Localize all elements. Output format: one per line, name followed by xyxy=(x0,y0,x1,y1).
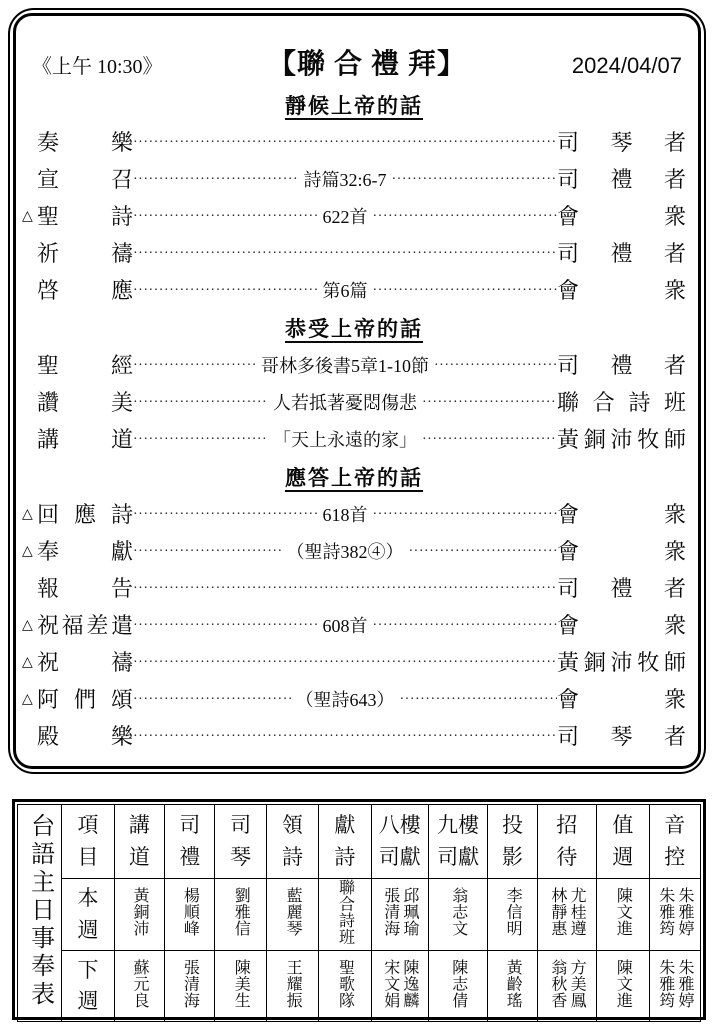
roster-column-header: 招 待 xyxy=(537,805,596,879)
dotted-leader xyxy=(345,582,557,596)
dotted-leader xyxy=(133,582,345,596)
liturgy-item: 講道 「天上永遠的家」 黃銅沛牧師 xyxy=(22,421,686,458)
triangle-marker: △ xyxy=(22,619,37,633)
service-time: 《上午 10:30》 xyxy=(32,50,202,79)
liturgy-item-label: 聖經 xyxy=(37,355,133,377)
liturgy-item-role: 會衆 xyxy=(557,689,686,711)
roster-row-label: 本 週 xyxy=(62,879,114,951)
roster-row-next-week: 下 週 蘇元良 張清海 陳美生 王耀振 聖歌隊 陳逸麟 宋文娟 陳志倩 黃齡瑤 … xyxy=(18,951,701,1022)
liturgy-item-role: 司禮者 xyxy=(557,243,686,265)
roster-cell: 李信明 xyxy=(488,879,537,951)
liturgy-item-detail: 人若抵著憂悶傷悲 xyxy=(268,394,422,412)
liturgy-item-label: 祈禱 xyxy=(37,243,133,265)
liturgy-item-label: 阿們頌 xyxy=(37,689,133,711)
roster-cell: 蘇元良 xyxy=(114,951,164,1022)
liturgy-item-detail: （聖詩643） xyxy=(291,691,400,709)
liturgy-item: △ 阿們頌 （聖詩643） 會衆 xyxy=(22,681,686,718)
liturgy-item: 報告 司禮者 xyxy=(22,570,686,607)
dotted-leader xyxy=(133,396,268,410)
liturgy-item-detail: 詩篇32:6-7 xyxy=(299,171,392,189)
roster-column-header: 音 控 xyxy=(649,805,700,879)
liturgy-item-role: 聯合詩班 xyxy=(557,392,686,414)
dotted-leader xyxy=(392,173,558,187)
roster-cell: 方美鳳 翁秋香 xyxy=(537,951,596,1022)
liturgy-item-label: 讚美 xyxy=(37,392,133,414)
liturgy-item: △ 聖詩 622首 會衆 xyxy=(22,198,686,235)
liturgy-item: △ 奉獻 （聖詩382④） 會衆 xyxy=(22,533,686,570)
dotted-leader xyxy=(133,210,318,224)
roster-cell: 朱雅婷 朱雅筠 xyxy=(649,951,700,1022)
roster-column-header: 領 詩 xyxy=(266,805,318,879)
dotted-leader xyxy=(133,433,268,447)
dotted-leader xyxy=(133,693,291,707)
roster-column-header: 司 禮 xyxy=(165,805,215,879)
roster-cell: 陳逸麟 宋文娟 xyxy=(371,951,428,1022)
liturgy-item: △ 回應詩 618首 會衆 xyxy=(22,496,686,533)
liturgy-item-label: 回應詩 xyxy=(37,504,133,526)
dotted-leader xyxy=(345,730,557,744)
liturgy-item: 奏樂 司琴者 xyxy=(22,124,686,161)
roster-cell: 劉雅信 xyxy=(215,879,266,951)
roster-column-header: 投 影 xyxy=(488,805,537,879)
liturgy-item-role: 會衆 xyxy=(557,615,686,637)
dotted-leader xyxy=(133,247,345,261)
dotted-leader xyxy=(422,396,557,410)
liturgy-item-role: 會衆 xyxy=(557,280,686,302)
liturgy-item-detail: 哥林多後書5章1-10節 xyxy=(256,357,434,375)
program-header: 《上午 10:30》 【聯 合 禮 拜】 2024/04/07 xyxy=(32,42,682,82)
triangle-marker: △ xyxy=(22,656,37,670)
section-heading-receiving: 恭受上帝的話 xyxy=(22,309,686,347)
roster-column-header: 八樓 司獻 xyxy=(371,805,428,879)
liturgy-item-role: 黃銅沛牧師 xyxy=(557,429,686,451)
liturgy-item: 殿樂 司琴者 xyxy=(22,718,686,755)
liturgy-item: 聖經 哥林多後書5章1-10節 司禮者 xyxy=(22,347,686,384)
roster-table: 台語主日事奉表 項 目 講 道 司 禮 司 琴 領 詩 獻 詩 八樓 司獻 九樓… xyxy=(17,804,701,1022)
roster-column-header: 值 週 xyxy=(597,805,649,879)
roster-cell: 藍麗琴 xyxy=(266,879,318,951)
triangle-marker: △ xyxy=(22,693,37,707)
dotted-leader xyxy=(422,433,557,447)
roster-cell: 陳文進 xyxy=(597,879,649,951)
roster-cell: 黃齡瑤 xyxy=(488,951,537,1022)
triangle-marker: △ xyxy=(22,545,37,559)
dotted-leader xyxy=(400,693,558,707)
roster-cell: 張清海 xyxy=(165,951,215,1022)
liturgy-item-detail: 「天上永遠的家」 xyxy=(268,431,422,449)
section-heading-responding: 應答上帝的話 xyxy=(22,458,686,496)
liturgy-item-detail: 第6篇 xyxy=(318,282,373,300)
roster-column-header: 司 琴 xyxy=(215,805,266,879)
triangle-marker: △ xyxy=(22,210,37,224)
dotted-leader xyxy=(133,136,345,150)
liturgy-item-role: 會衆 xyxy=(557,206,686,228)
roster-cell: 邱珮瑜 張清海 xyxy=(371,879,428,951)
roster-cell: 翁志文 xyxy=(428,879,487,951)
liturgy-item: 宣召 詩篇32:6-7 司禮者 xyxy=(22,161,686,198)
roster-cell: 楊順峰 xyxy=(165,879,215,951)
liturgy-item: △ 祝福差遣 608首 會衆 xyxy=(22,607,686,644)
roster-title-cell: 台語主日事奉表 xyxy=(18,805,62,1022)
liturgy-item-role: 司禮者 xyxy=(557,578,686,600)
liturgy-item-role: 黃銅沛牧師 xyxy=(557,652,686,674)
liturgy-item-detail: （聖詩382④） xyxy=(282,543,409,561)
liturgy-item-label: 報告 xyxy=(37,578,133,600)
liturgy-item-label: 奏樂 xyxy=(37,132,133,154)
liturgy-item: △ 祝禱 黃銅沛牧師 xyxy=(22,644,686,681)
roster-row-this-week: 本 週 黃銅沛 楊順峰 劉雅信 藍麗琴 聯合詩班 邱珮瑜 張清海 翁志文 李信明… xyxy=(18,879,701,951)
roster-column-header: 項 目 xyxy=(62,805,114,879)
service-date: 2024/04/07 xyxy=(532,53,682,79)
dotted-leader xyxy=(373,284,558,298)
liturgy-item-label: 啓應 xyxy=(37,280,133,302)
roster-column-header: 九樓 司獻 xyxy=(428,805,487,879)
roster-cell: 王耀振 xyxy=(266,951,318,1022)
dotted-leader xyxy=(373,210,558,224)
dotted-leader xyxy=(133,619,318,633)
roster-cell: 聯合詩班 xyxy=(319,879,371,951)
triangle-marker: △ xyxy=(22,508,37,522)
dotted-leader xyxy=(409,545,558,559)
roster-column-header: 講 道 xyxy=(114,805,164,879)
dotted-leader xyxy=(133,284,318,298)
liturgy-item-role: 司琴者 xyxy=(557,132,686,154)
dotted-leader xyxy=(345,247,557,261)
dotted-leader xyxy=(373,508,558,522)
dotted-leader xyxy=(133,656,345,670)
liturgy-item-role: 司禮者 xyxy=(557,169,686,191)
dotted-leader xyxy=(133,359,256,373)
worship-program-sheet: 《上午 10:30》 【聯 合 禮 拜】 2024/04/07 靜候上帝的話 奏… xyxy=(8,8,706,774)
dotted-leader xyxy=(345,656,557,670)
service-title: 【聯 合 禮 拜】 xyxy=(202,42,532,82)
worship-program-inner-border: 《上午 10:30》 【聯 合 禮 拜】 2024/04/07 靜候上帝的話 奏… xyxy=(13,13,701,769)
roster-cell: 聖歌隊 xyxy=(319,951,371,1022)
roster-cell: 陳志倩 xyxy=(428,951,487,1022)
liturgy-item-label: 講道 xyxy=(37,429,133,451)
liturgy-item-detail: 622首 xyxy=(318,208,373,226)
liturgy-item-role: 司琴者 xyxy=(557,726,686,748)
liturgy-item: 啓應 第6篇 會衆 xyxy=(22,272,686,309)
liturgy-item-role: 司禮者 xyxy=(557,355,686,377)
liturgy-item-label: 祝福差遣 xyxy=(37,615,133,637)
roster-cell: 陳美生 xyxy=(215,951,266,1022)
section-heading-waiting: 靜候上帝的話 xyxy=(22,86,686,124)
dotted-leader xyxy=(345,136,557,150)
liturgy-item-label: 祝禱 xyxy=(37,652,133,674)
liturgy-item-label: 宣召 xyxy=(37,169,133,191)
liturgy-item-detail: 608首 xyxy=(318,617,373,635)
roster-title: 台語主日事奉表 xyxy=(28,813,52,1009)
liturgy-item: 祈禱 司禮者 xyxy=(22,235,686,272)
roster-cell: 陳文進 xyxy=(597,951,649,1022)
roster-column-header: 獻 詩 xyxy=(319,805,371,879)
roster-cell: 朱雅婷 朱雅筠 xyxy=(649,879,700,951)
roster-row-label: 下 週 xyxy=(62,951,114,1022)
duty-roster: 台語主日事奉表 項 目 講 道 司 禮 司 琴 領 詩 獻 詩 八樓 司獻 九樓… xyxy=(12,799,706,1020)
liturgy-item-label: 奉獻 xyxy=(37,541,133,563)
liturgy-item: 讚美 人若抵著憂悶傷悲 聯合詩班 xyxy=(22,384,686,421)
liturgy-item-detail: 618首 xyxy=(318,506,373,524)
liturgy-item-role: 會衆 xyxy=(557,541,686,563)
dotted-leader xyxy=(133,730,345,744)
dotted-leader xyxy=(373,619,558,633)
roster-cell: 黃銅沛 xyxy=(114,879,164,951)
liturgy-item-label: 聖詩 xyxy=(37,206,133,228)
dotted-leader xyxy=(133,173,299,187)
dotted-leader xyxy=(133,545,282,559)
liturgy-item-label: 殿樂 xyxy=(37,726,133,748)
dotted-leader xyxy=(133,508,318,522)
liturgy-item-role: 會衆 xyxy=(557,504,686,526)
roster-cell: 尤桂遵 林靜惠 xyxy=(537,879,596,951)
dotted-leader xyxy=(434,359,557,373)
